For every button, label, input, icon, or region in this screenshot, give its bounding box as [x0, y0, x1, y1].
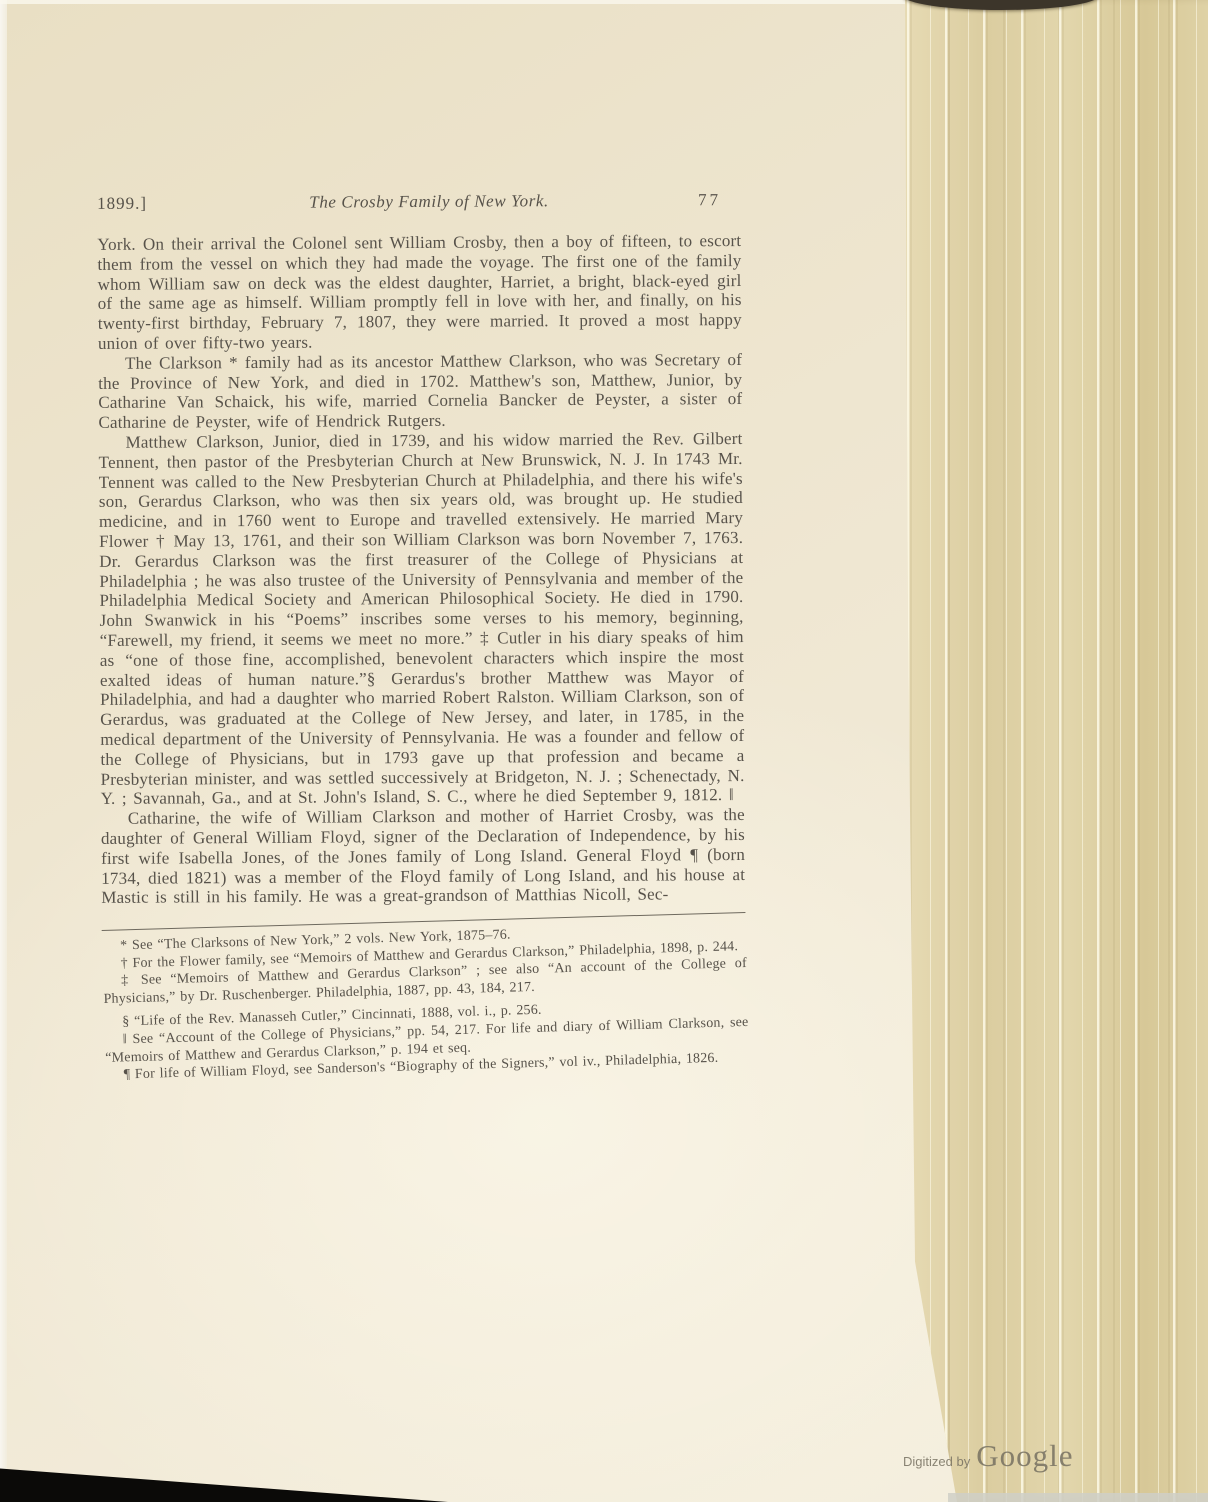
body-text: York. On their arrival the Colonel sent …	[97, 231, 745, 908]
paragraph: The Clarkson * family had as its ancesto…	[98, 350, 742, 433]
footnotes: * See “The Clarksons of New York,” 2 vol…	[102, 912, 750, 1085]
digitized-by-label: Digitized by	[903, 1454, 970, 1469]
paragraph: Catharine, the wife of William Clarkson …	[101, 805, 746, 908]
running-title: The Crosby Family of New York.	[192, 190, 666, 213]
paragraph: York. On their arrival the Colonel sent …	[97, 231, 742, 354]
fore-edge-pages	[893, 0, 1208, 1502]
scan-bottom-strip	[948, 1493, 1208, 1502]
paragraph: Matthew Clarkson, Junior, died in 1739, …	[98, 429, 744, 809]
page-content: 1899.] The Crosby Family of New York. 77…	[97, 190, 746, 1071]
google-watermark: Digitized by Google	[903, 1438, 1133, 1474]
year-label: 1899.]	[97, 193, 192, 214]
google-logo: Google	[976, 1438, 1073, 1474]
page-number: 77	[666, 190, 741, 210]
book-scan: 1899.] The Crosby Family of New York. 77…	[0, 0, 1208, 1502]
page-header: 1899.] The Crosby Family of New York. 77	[97, 190, 741, 214]
scan-left-edge	[0, 0, 7, 1502]
scan-top-edge	[0, 0, 905, 4]
